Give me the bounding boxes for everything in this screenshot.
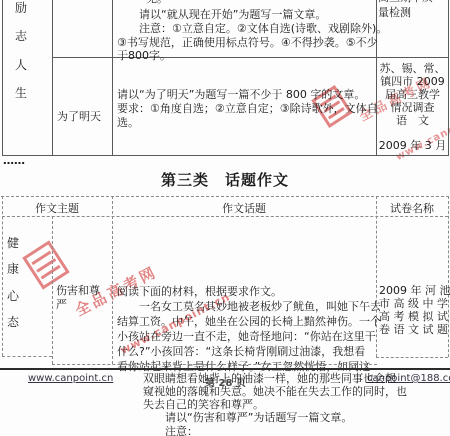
essay-text-line: 请以“伤害和尊严”为话题写一篇文章。 xyxy=(143,411,352,424)
essay-text-line: 失去自己的笑容和尊严。 xyxy=(143,398,264,411)
theme-char: 健 xyxy=(7,237,19,249)
essay-topic: 为了明天 xyxy=(57,110,101,123)
essay-text-line: 窥视她的落魄和失意。她决不能在失去工作的同时，也 xyxy=(143,385,407,398)
essay-text-line: 要求：①角度自选；②立意自定；③除诗歌外，文体自 xyxy=(117,102,378,115)
paper-name-line: 情况调查 xyxy=(377,101,448,114)
essay-text-line: 注意： xyxy=(143,425,198,436)
essay-text-line: 注意：①立意自定。②文体自选(诗歌、戏剧除外)。 xyxy=(117,22,387,35)
theme-char: 励 xyxy=(15,2,27,14)
table2-border xyxy=(52,364,377,365)
paper-name-line: 量检测 xyxy=(378,6,411,19)
table1-border xyxy=(448,0,449,155)
table1-border xyxy=(52,0,53,155)
table2-border xyxy=(2,216,448,217)
theme-char: 志 xyxy=(15,30,27,42)
theme-char: 心 xyxy=(7,290,19,302)
essay-text-line: ③书写规范，正确使用标点符号。④不得抄袭。⑤不少 xyxy=(117,36,378,49)
table1-border xyxy=(112,0,113,155)
ellipsis-marker: …… xyxy=(3,154,25,167)
essay-topic-line: 伤害和尊 xyxy=(56,284,100,297)
col-header-paper: 试卷名称 xyxy=(376,200,448,216)
page-break-rule xyxy=(0,368,450,370)
paper-name-line: 镇四市 2009 xyxy=(377,75,448,88)
paper-name-line: 2009 年 3 月 xyxy=(377,139,448,152)
paper-name-line: 2009 年 河 池 xyxy=(379,284,450,297)
table2-border xyxy=(448,196,449,357)
theme-char: 态 xyxy=(7,316,19,328)
table2-border xyxy=(52,216,53,364)
col-header-theme: 作文主题 xyxy=(2,200,112,216)
essay-text-line: 见。 xyxy=(146,0,168,5)
paper-name-line: 卷 语 文 试 题 xyxy=(379,323,448,336)
theme-char: 生 xyxy=(15,87,27,99)
paper-name-line: 高 考 模 拟 试 xyxy=(379,310,448,323)
document-page: 全品高考网 www.canpoint.cn 全品高考网 www.canpoint… xyxy=(0,0,450,436)
table2-border xyxy=(112,196,113,364)
section-heading: 第三类 话题作文 xyxy=(0,169,450,190)
theme-char: 人 xyxy=(15,59,27,71)
essay-text-line: 于800字。 xyxy=(117,49,171,62)
table1-border xyxy=(52,57,449,58)
table1-border xyxy=(2,0,3,155)
essay-text-line: 选。 xyxy=(117,116,139,129)
footer-site-link[interactable]: www.canpoint.cn xyxy=(28,373,113,384)
essay-text-line: 请以“就从现在开始”为题写一篇文章。 xyxy=(117,8,326,21)
table2-border xyxy=(1,196,449,197)
paper-name-line: 高三期中质 xyxy=(378,0,433,4)
essay-topic-line: 严 xyxy=(56,298,67,311)
essay-text-line: 一名女工莫名其妙地被老板炒了鱿鱼，叫她下午去 xyxy=(117,300,381,313)
table1-border xyxy=(2,155,449,156)
essay-text-line: 小孩站在旁边一直不走，她奇怪地问：“你站在这里干 xyxy=(117,330,376,343)
table2-border xyxy=(2,356,52,357)
theme-char: 康 xyxy=(7,263,19,275)
table2-border xyxy=(2,196,3,356)
col-header-topic: 作文话题 xyxy=(112,200,376,216)
table2-border xyxy=(376,196,377,357)
paper-name-line: 苏、锡、常、 xyxy=(377,62,448,75)
essay-text-line: 请以“为了明天”为题写一篇不少于 800 字的文章。 xyxy=(117,88,365,101)
essay-text-line: 阅读下面的材料，根据要求作文。 xyxy=(117,285,282,298)
paper-name-line: 市 高 级 中 学 xyxy=(379,297,448,310)
essay-text-line: 结算工资。中午，她坐在公园的长椅上黯然神伤。一个 xyxy=(117,315,381,328)
table2-border xyxy=(376,357,448,358)
paper-name-line: 届高三教学 xyxy=(377,88,448,101)
essay-text-line: 双眼睛想看她背上的油漆一样，她的那些同事也会想 xyxy=(143,372,396,385)
paper-name-line: 语 文 xyxy=(377,114,448,127)
essay-text-line: 什么?”小孩回答：“这条长椅背刚刷过油漆，我想看 xyxy=(117,345,365,358)
